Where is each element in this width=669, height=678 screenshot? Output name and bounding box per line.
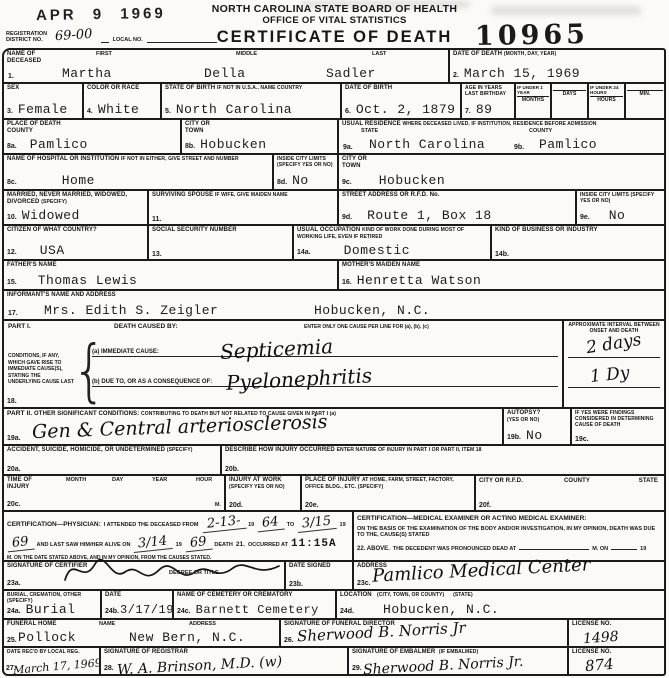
date-of-death-value: March 15, 1969 — [464, 66, 580, 81]
field-label: SURVIVING SPOUSE IF WIFE, GIVE MAIDEN NA… — [152, 192, 334, 199]
certificate-header: APR 9 1969 REGISTRATIONDISTRICT NO. 69-0… — [0, 0, 669, 48]
field-injury-at-work: INJURY AT WORK (SPECIFY YES OR NO) 20d. — [226, 476, 302, 510]
examiner-heading: CERTIFICATION—MEDICAL EXAMINER OR ACTING… — [357, 513, 661, 522]
field-number: 4. — [87, 108, 93, 115]
field-street-address: STREET ADDRESS OR R.F.D. No. 9d.Route 1,… — [339, 191, 577, 224]
field-name-of-deceased: NAME OF DECEASED FIRST MIDDLE LAST 1. Ma… — [4, 50, 450, 82]
field-number: 8b. — [185, 143, 195, 150]
field-number: 24c. — [177, 608, 191, 615]
blank-line — [101, 33, 109, 43]
field-number: 9e. — [580, 214, 590, 221]
field-label: KIND OF BUSINESS OR INDUSTRY — [495, 227, 661, 234]
field-number: 9c. — [342, 179, 352, 186]
hour-label: HOUR — [196, 477, 212, 483]
field-label: NAME OF HOSPITAL OR INSTITUTION IF NOT I… — [7, 156, 269, 163]
father-value: Thomas Lewis — [22, 273, 138, 288]
row-marital-street: MARRIED, NEVER MARRIED, WIDOWED, DIVORCE… — [4, 191, 664, 226]
cemetery-value: Barnett Cemetery — [196, 603, 319, 617]
field-label: SIGNATURE OF EMBALMER (IF EMBALMED) — [352, 649, 564, 656]
part1-causes: PART I. DEATH CAUSED BY: ENTER ONLY ONE … — [4, 321, 564, 407]
local-no-label: LOCAL NO. — [113, 37, 143, 43]
cause-line-a: (a) IMMEDIATE CAUSE: Septicemia — [92, 335, 558, 357]
board-name: NORTH CAROLINA STATE BOARD OF HEALTH — [165, 3, 504, 15]
embalmer-license-value: 874 — [584, 655, 614, 674]
pronounced-date-blank — [611, 543, 637, 550]
field-date-signed: DATE SIGNED 23b. — [286, 562, 354, 589]
field-label: SEX — [7, 85, 79, 92]
year-prefix: 19 — [640, 546, 646, 552]
row-accident: ACCIDENT, SUICIDE, HOMICIDE, OR UNDETERM… — [4, 446, 664, 476]
cause-line-c — [92, 393, 558, 405]
inside-limits-value: No — [292, 173, 309, 188]
field-label: IF YES WERE FINDINGS CONSIDERED IN DETER… — [575, 410, 661, 428]
header-title-block: NORTH CAROLINA STATE BOARD OF HEALTH OFF… — [165, 3, 504, 47]
field-embalmer-signature: SIGNATURE OF EMBALMER (IF EMBALMED) 29. … — [349, 648, 569, 674]
field-number: 17. — [8, 310, 18, 317]
row-citizen-occupation: CITIZEN OF WHAT COUNTRY? 12.USA SOCIAL S… — [4, 226, 664, 261]
field-ssn: SOCIAL SECURITY NUMBER 13. — [149, 226, 294, 259]
field-burial-date: DATE 24b.3/17/1969 — [102, 591, 174, 618]
field-label: FATHER'S NAME — [7, 262, 334, 269]
funeral-home-name-value: Pollock — [18, 630, 76, 645]
registrar-signature-value: W. A. Brinson, M.D. (w) — [117, 654, 283, 674]
line-b-label: (b) DUE TO, OR AS A CONSEQUENCE OF: — [92, 379, 212, 386]
county-label: COUNTY — [529, 128, 552, 134]
year-prefix: 19 — [248, 522, 254, 528]
field-cemetery: NAME OF CEMETERY OR CREMATORY 24c.Barnet… — [174, 591, 337, 618]
occupation-value: Domestic — [316, 243, 410, 258]
field-number: 19b. — [507, 434, 521, 441]
field-label: CITY OR TOWN — [342, 156, 372, 170]
field-funeral-director-signature: SIGNATURE OF FUNERAL DIRECTOR 26. Sherwo… — [281, 620, 569, 646]
field-number: 3. — [7, 108, 13, 115]
citizen-value: USA — [22, 243, 65, 258]
death-certificate-scan: APR 9 1969 REGISTRATIONDISTRICT NO. 69-0… — [0, 0, 669, 678]
field-label: NAME OF CEMETERY OR CREMATORY — [177, 592, 332, 599]
inside-limits-value: No — [595, 208, 626, 223]
field-under-1-year-days: . DAYS — [552, 84, 589, 118]
part1-title: DEATH CAUSED BY: — [114, 323, 178, 330]
certification-medical-examiner: CERTIFICATION—MEDICAL EXAMINER OR ACTING… — [354, 512, 664, 560]
field-number: 20b. — [225, 466, 239, 473]
field-label: SOCIAL SECURITY NUMBER — [152, 227, 289, 234]
item-22-number: 22. ABOVE. — [357, 546, 390, 552]
sex-value: Female — [18, 102, 68, 117]
row-certifier-signature: SIGNATURE OF CERTIFIER DEGREE OR TITLE 2… — [4, 562, 664, 591]
field-informant: INFORMANT'S NAME AND ADDRESS 17. Mrs. Ed… — [4, 291, 664, 319]
date-of-birth-value: Oct. 2, 1879 — [356, 102, 456, 117]
part2-conditions: PART II. OTHER SIGNIFICANT CONDITIONS: C… — [4, 409, 504, 444]
field-number: 13. — [152, 251, 162, 258]
interval-a-value: 2 days — [585, 330, 643, 358]
day-label: DAY — [112, 477, 123, 483]
field-label: TIME OF INJURY — [7, 477, 47, 491]
item-18-number: 18. — [7, 398, 17, 405]
burial-date-value: 3/17/1969 — [120, 603, 174, 617]
field-number: 16. — [342, 279, 352, 286]
field-number: 20f. — [479, 502, 491, 509]
field-number: 20c. — [7, 501, 21, 508]
attended-to-value: 3/15 — [297, 513, 338, 533]
row-registrar: DATE REC'D BY LOCAL REG. 27. March 17, 1… — [4, 648, 664, 674]
field-label: INJURY AT WORK (SPECIFY YES OR NO) — [229, 477, 297, 491]
pronounced-time-blank — [519, 543, 589, 550]
field-label: INSIDE CITY LIMITS (SPECIFY YES OR NO) — [580, 192, 661, 204]
hours-label: HOURS — [590, 96, 623, 103]
field-label: DATE OF DEATH (MONTH, DAY, YEAR) — [453, 51, 661, 58]
field-label: AGE IN YEARS LAST BIRTHDAY — [465, 85, 511, 97]
part1-interval-column: APPROXIMATE INTERVAL BETWEEN ONSET AND D… — [564, 321, 664, 407]
embalmer-signature-value: Sherwood B. Norris Jr. — [363, 654, 524, 674]
field-certifier-address: ADDRESS 23c. Pamlico Medical Center — [354, 562, 664, 589]
field-number: 28. — [104, 665, 114, 672]
examiner-text: ON THE BASIS OF THE EXAMINATION OF THE B… — [357, 526, 661, 538]
cause-line-b: (b) DUE TO, OR AS A CONSEQUENCE OF: Pyel… — [92, 365, 558, 387]
certificate-form: NAME OF DECEASED FIRST MIDDLE LAST 1. Ma… — [2, 48, 666, 676]
field-embalmer-license: LICENSE NO. 874 — [569, 648, 664, 674]
first-col-label: FIRST — [96, 51, 112, 57]
field-inside-city-limits-9e: INSIDE CITY LIMITS (SPECIFY YES OR NO) 9… — [577, 191, 664, 224]
field-number: 6. — [345, 108, 351, 115]
last-name-value: Sadler — [326, 66, 376, 81]
first-name-value: Martha — [62, 66, 112, 81]
field-number: 9d. — [342, 214, 352, 221]
row-parents: FATHER'S NAME 15.Thomas Lewis MOTHER'S M… — [4, 261, 664, 291]
field-number: 19c. — [575, 436, 589, 443]
middle-col-label: MIDDLE — [236, 51, 257, 57]
burial-location-value: Hobucken, N.C. — [359, 602, 499, 617]
months-label: MONTHS — [517, 96, 549, 103]
director-license-value: 1498 — [582, 629, 619, 646]
conditions-note: CONDITIONS, IF ANY, WHICH GAVE RISE TO I… — [8, 353, 74, 386]
field-under-24-hours-min: . MIN. — [626, 84, 664, 118]
field-label: DATE REC'D BY LOCAL REG. — [7, 649, 96, 655]
field-label: STREET ADDRESS OR R.F.D. No. — [342, 192, 572, 199]
field-number: 15. — [7, 279, 17, 286]
city-rfd-label: CITY OR R.F.D. — [479, 478, 523, 485]
meridiem-label: M. — [215, 502, 221, 508]
field-accident-type: ACCIDENT, SUICIDE, HOMICIDE, OR UNDETERM… — [4, 446, 222, 474]
field-number: 19a. — [7, 435, 21, 442]
autopsy-value: No — [526, 428, 543, 443]
days-label: DAYS — [553, 90, 586, 97]
field-time-of-injury: TIME OF INJURY MONTH DAY YEAR HOUR 20c. … — [4, 476, 226, 510]
field-injury-location: CITY OR R.F.D. COUNTY STATE 20f. — [476, 476, 664, 510]
received-date-stamp: APR 9 1969 — [36, 5, 166, 24]
last-col-label: LAST — [372, 51, 386, 57]
name-col-label: NAME — [99, 621, 115, 627]
section-part1: PART I. DEATH CAUSED BY: ENTER ONLY ONE … — [4, 321, 664, 409]
field-label: LICENSE NO. — [572, 621, 661, 628]
section-label: PLACE OF DEATH — [7, 121, 177, 128]
field-hospital: NAME OF HOSPITAL OR INSTITUTION IF NOT I… — [4, 155, 274, 189]
field-label: MOTHER'S MAIDEN NAME — [342, 262, 661, 269]
row-burial: BURIAL, CREMATION, OTHER (SPECIFY) 24a.B… — [4, 591, 664, 620]
state-label: STATE — [361, 128, 378, 134]
field-label: DATE OF BIRTH — [345, 85, 457, 92]
race-value: White — [98, 102, 140, 117]
immediate-cause-value: Septicemia — [219, 334, 333, 364]
part1-label: PART I. — [8, 323, 31, 330]
field-number: 23c. — [357, 580, 371, 587]
row-informant: INFORMANT'S NAME AND ADDRESS 17. Mrs. Ed… — [4, 291, 664, 321]
field-inside-city-limits-8d: INSIDE CITY LIMITS (SPECIFY YES OR NO) 8… — [274, 155, 339, 189]
city-label: CITY OR TOWN — [185, 121, 215, 135]
field-date-of-birth: DATE OF BIRTH 6.Oct. 2, 1879 — [342, 84, 462, 118]
month-label: MONTH — [66, 477, 86, 483]
cert-text: I ATTENDED THE DECEASED FROM — [104, 522, 199, 528]
field-label: ACCIDENT, SUICIDE, HOMICIDE, OR UNDETERM… — [7, 447, 217, 454]
residence-county-value: Pamlico — [539, 137, 597, 152]
certifier-signature — [59, 546, 284, 590]
field-number: 8a. — [7, 143, 17, 150]
field-father: FATHER'S NAME 15.Thomas Lewis — [4, 261, 339, 289]
part1-instruction: ENTER ONLY ONE CAUSE PER LINE FOR (a), (… — [304, 324, 429, 330]
field-number: 24b. — [105, 608, 119, 615]
marital-value: Widowed — [22, 208, 80, 223]
field-number: 14b. — [495, 251, 509, 258]
registration-label: REGISTRATIONDISTRICT NO. — [6, 31, 47, 43]
field-number: 25. — [7, 637, 17, 644]
field-number: 20e. — [305, 502, 319, 509]
hospital-value: Home — [22, 173, 95, 188]
field-number: 23a. — [7, 580, 21, 587]
row-place-residence: PLACE OF DEATH COUNTY 8a.Pamlico CITY OR… — [4, 120, 664, 155]
field-number: 12. — [7, 249, 17, 256]
interval-rule — [568, 387, 660, 388]
field-registrar-signature: SIGNATURE OF REGISTRAR 28. W. A. Brinson… — [101, 648, 349, 674]
field-findings: IF YES WERE FINDINGS CONSIDERED IN DETER… — [572, 409, 664, 444]
year-label: YEAR — [152, 477, 167, 483]
field-label: AUTOPSY?(YES OR NO) — [507, 410, 567, 424]
field-how-injury-occurred: DESCRIBE HOW INJURY OCCURRED ENTER NATUR… — [222, 446, 664, 474]
field-label: IF UNDER 24 HOURS — [590, 85, 623, 96]
field-label: DATE SIGNED — [289, 563, 349, 570]
field-occupation: USUAL OCCUPATION KIND OF WORK DONE DURIN… — [294, 226, 492, 259]
field-number: 23b. — [289, 581, 303, 588]
field-number: 24d. — [340, 608, 354, 615]
age-value: 89 — [476, 102, 493, 117]
row-injury: TIME OF INJURY MONTH DAY YEAR HOUR 20c. … — [4, 476, 664, 512]
state-of-birth-value: North Carolina — [176, 102, 292, 117]
row-sex-race-birth: SEX 3.Female COLOR OR RACE 4.White STATE… — [4, 84, 664, 120]
place-of-death-city: CITY OR TOWN 8b.Hobucken — [182, 120, 337, 153]
field-funeral-home: FUNERAL HOME NAME ADDRESS 25. Pollock Ne… — [4, 620, 281, 646]
field-number: 5. — [165, 108, 171, 115]
field-label: PLACE OF INJURY AT HOME, FARM, STREET, F… — [305, 477, 471, 491]
field-label: COLOR OR RACE — [87, 85, 157, 92]
field-number: 29. — [352, 665, 362, 672]
field-age: AGE IN YEARS LAST BIRTHDAY 7.89 — [462, 84, 516, 118]
field-number: 2. — [453, 72, 459, 79]
line-a-label: (a) IMMEDIATE CAUSE: — [92, 349, 159, 356]
county-label: COUNTY — [564, 478, 590, 485]
field-date-of-death: DATE OF DEATH (MONTH, DAY, YEAR) 2.March… — [450, 50, 664, 82]
field-label: USUAL OCCUPATION KIND OF WORK DONE DURIN… — [297, 227, 487, 241]
section-label: USUAL RESIDENCE WHERE DECEASED LIVED. IF… — [342, 121, 661, 128]
residence-city-value: Hobucken — [357, 173, 445, 188]
date-received-value: March 17, 1969 — [13, 656, 101, 674]
attended-to-year: 69 — [6, 534, 34, 553]
field-director-license: LICENSE NO. 1498 — [569, 620, 664, 646]
field-label: CITIZEN OF WHAT COUNTRY? — [7, 227, 144, 234]
informant-address-value: Hobucken, N.C. — [314, 303, 430, 318]
field-under-24-hours: IF UNDER 24 HOURS HOURS — [589, 84, 626, 118]
field-label: IF UNDER 1 YEAR — [517, 85, 549, 96]
interval-rule — [568, 357, 660, 358]
cert-text: TO — [287, 522, 295, 528]
attended-from-year: 64 — [256, 514, 284, 533]
field-label: INFORMANT'S NAME AND ADDRESS — [7, 292, 661, 299]
field-label: DESCRIBE HOW INJURY OCCURRED ENTER NATUR… — [225, 447, 661, 454]
field-place-of-death: PLACE OF DEATH COUNTY 8a.Pamlico CITY OR… — [4, 120, 339, 153]
underlying-cause-value: Pyelonephritis — [226, 363, 373, 395]
field-number: 24a. — [7, 608, 21, 615]
certification-heading: CERTIFICATION—PHYSICIAN: — [7, 521, 101, 528]
middle-name-value: Della — [204, 66, 246, 81]
field-sex: SEX 3.Female — [4, 84, 84, 118]
interval-header: APPROXIMATE INTERVAL BETWEEN ONSET AND D… — [567, 322, 661, 334]
registration-district-value: 69-00 — [51, 26, 97, 44]
field-mother: MOTHER'S MAIDEN NAME 16.Henretta Watson — [339, 261, 664, 289]
year-prefix: 19 — [340, 522, 346, 528]
informant-name-value: Mrs. Edith S. Zeigler — [44, 303, 218, 318]
field-number: 8c. — [7, 179, 17, 186]
disposition-value: Burial — [26, 602, 76, 617]
field-number: 26. — [284, 637, 294, 644]
state-label: STATE — [639, 478, 658, 485]
field-number: 9b. — [514, 144, 524, 151]
row-hospital: NAME OF HOSPITAL OR INSTITUTION IF NOT I… — [4, 155, 664, 191]
death-county-value: Pamlico — [22, 137, 88, 152]
place-of-death-county: PLACE OF DEATH COUNTY 8a.Pamlico — [4, 120, 182, 153]
field-surviving-spouse: SURVIVING SPOUSE IF WIFE, GIVE MAIDEN NA… — [149, 191, 339, 224]
min-label: MIN. — [627, 90, 663, 97]
row-funeral-home: FUNERAL HOME NAME ADDRESS 25. Pollock Ne… — [4, 620, 664, 648]
street-value: Route 1, Box 18 — [357, 208, 492, 223]
time-of-death-stamp: 11:15A — [291, 538, 337, 550]
field-label: FUNERAL HOME — [7, 621, 276, 628]
field-number: 8d. — [277, 179, 287, 186]
mother-value: Henretta Watson — [357, 273, 482, 288]
field-number: 10. — [7, 214, 17, 221]
certificate-title: CERTIFICATE OF DEATH — [165, 28, 504, 47]
field-industry: KIND OF BUSINESS OR INDUSTRY 14b. — [492, 226, 664, 259]
field-number: 20d. — [229, 502, 243, 509]
field-number: 1. — [8, 73, 14, 80]
field-number: 20a. — [7, 466, 21, 473]
examiner-text: THE DECEDENT WAS PRONOUNCED DEAD AT — [393, 546, 516, 552]
row-name: NAME OF DECEASED FIRST MIDDLE LAST 1. Ma… — [4, 50, 664, 84]
field-signature-of-certifier: SIGNATURE OF CERTIFIER DEGREE OR TITLE 2… — [4, 562, 286, 589]
field-marital-status: MARRIED, NEVER MARRIED, WIDOWED, DIVORCE… — [4, 191, 149, 224]
field-residence-city: CITY OR TOWN 9c.Hobucken — [339, 155, 664, 189]
field-burial-location: LOCATION (CITY, TOWN, OR COUNTY) (STATE)… — [337, 591, 664, 618]
field-number: 7. — [465, 108, 471, 115]
field-citizen: CITIZEN OF WHAT COUNTRY? 12.USA — [4, 226, 149, 259]
field-autopsy: AUTOPSY?(YES OR NO) 19b.No — [504, 409, 572, 444]
field-label: LOCATION (CITY, TOWN, OR COUNTY) (STATE) — [340, 592, 661, 599]
field-label: SIGNATURE OF REGISTRAR — [104, 649, 344, 656]
interval-b-value: 1 Dy — [589, 363, 630, 387]
field-label: NAME OF DECEASED — [7, 51, 57, 65]
examiner-text: M. ON — [592, 546, 608, 552]
address-col-label: ADDRESS — [189, 621, 216, 627]
field-place-of-injury: PLACE OF INJURY AT HOME, FARM, STREET, F… — [302, 476, 476, 510]
field-usual-residence: USUAL RESIDENCE WHERE DECEASED LIVED. IF… — [339, 120, 664, 153]
office-name: OFFICE OF VITAL STATISTICS — [165, 15, 504, 26]
section-part2: PART II. OTHER SIGNIFICANT CONDITIONS: C… — [4, 409, 664, 446]
residence-state-value: North Carolina — [369, 137, 485, 152]
death-city-value: Hobucken — [200, 137, 266, 152]
attended-from-value: 2-13- — [201, 513, 246, 533]
field-disposition: BURIAL, CREMATION, OTHER (SPECIFY) 24a.B… — [4, 591, 102, 618]
field-label: LICENSE NO. — [572, 649, 661, 656]
county-label: COUNTY — [7, 128, 177, 135]
field-label: DATE — [105, 592, 169, 599]
field-under-1-year-months: IF UNDER 1 YEAR MONTHS — [516, 84, 552, 118]
field-number: 11. — [152, 216, 161, 223]
field-date-received: DATE REC'D BY LOCAL REG. 27. March 17, 1… — [4, 648, 101, 674]
field-number: 9a. — [343, 144, 353, 151]
field-race: COLOR OR RACE 4.White — [84, 84, 162, 118]
field-label: STATE OF BIRTH IF NOT IN U.S.A., NAME CO… — [165, 85, 337, 92]
field-label: INSIDE CITY LIMITS (SPECIFY YES OR NO) — [277, 156, 334, 168]
field-number: 14a. — [297, 249, 311, 256]
field-state-of-birth: STATE OF BIRTH IF NOT IN U.S.A., NAME CO… — [162, 84, 342, 118]
funeral-home-address-value: New Bern, N.C. — [129, 630, 245, 645]
field-label: MARRIED, NEVER MARRIED, WIDOWED, DIVORCE… — [7, 192, 144, 206]
